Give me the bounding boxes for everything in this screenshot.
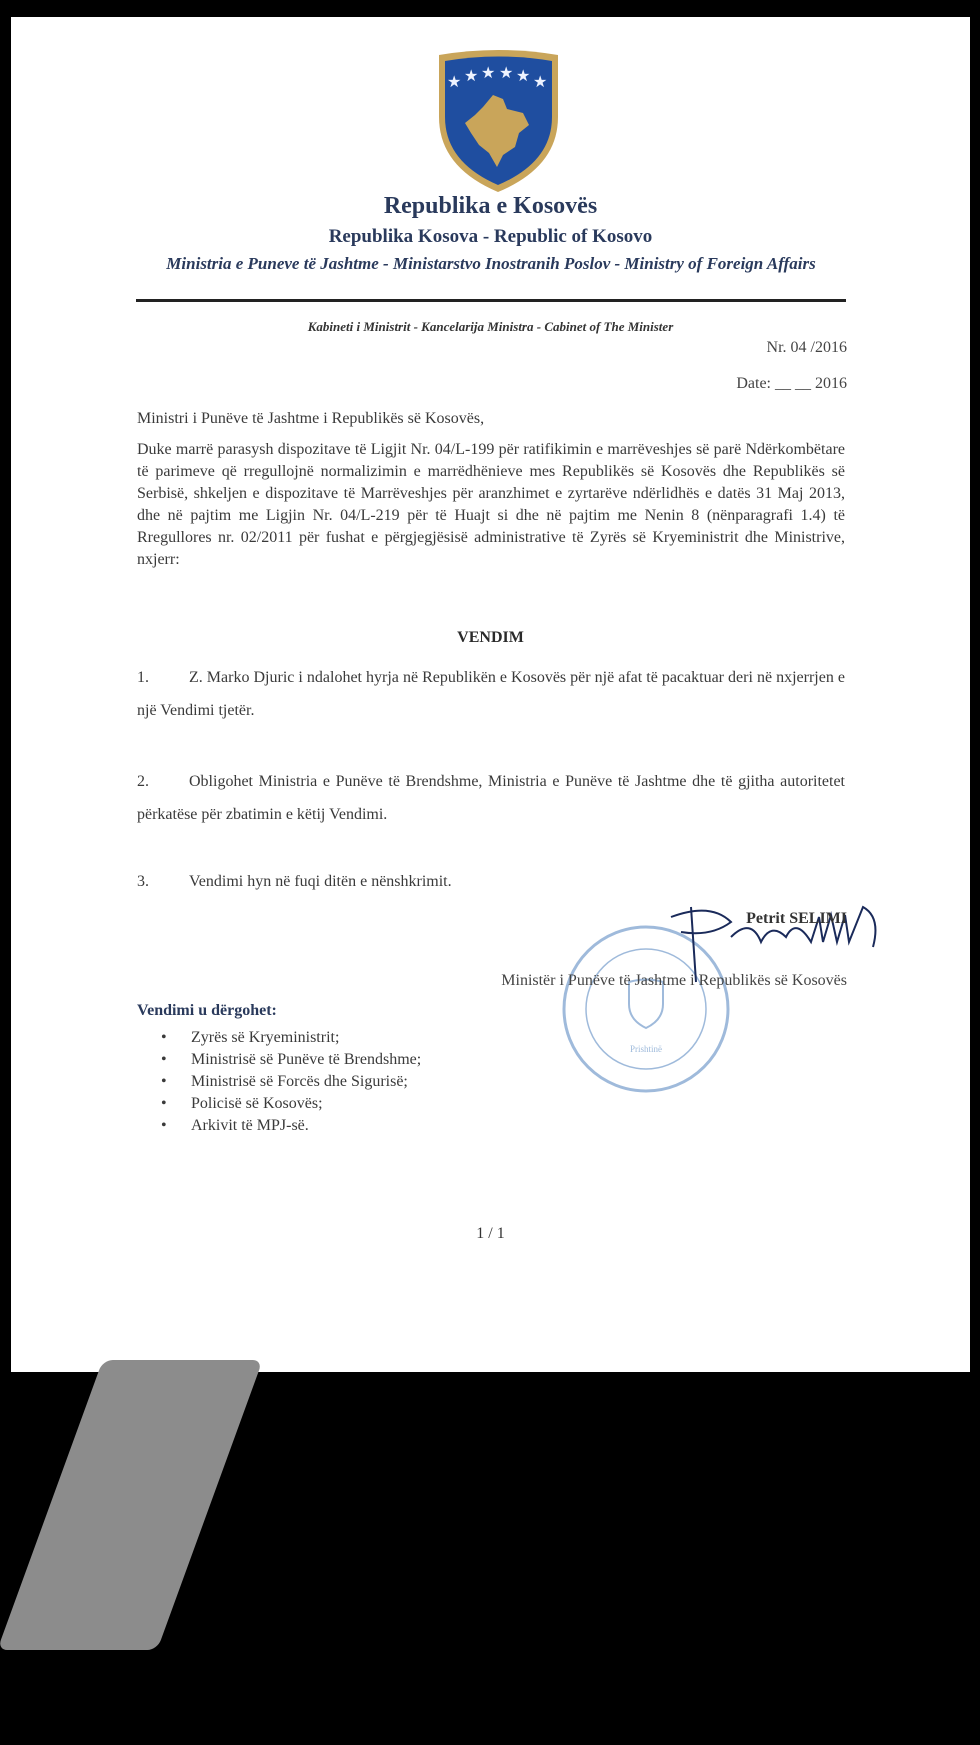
- distribution-list: •Zyrës së Kryeministrit; •Ministrisë së …: [161, 1027, 421, 1137]
- signatory-title: Ministër i Punëve të Jashtme i Republikë…: [501, 972, 847, 990]
- ministry-name: Ministria e Puneve të Jashtme - Ministar…: [131, 253, 851, 275]
- republic-subtitle: Republika Kosova - Republic of Kosovo: [11, 226, 970, 248]
- svg-text:Prishtinë: Prishtinë: [630, 1044, 662, 1054]
- page-number: 1 / 1: [11, 1225, 970, 1243]
- item-text: Vendimi hyn në fuqi ditën e nënshkrimit.: [189, 873, 452, 890]
- item-number: 3.: [137, 865, 189, 898]
- svg-text:★: ★: [533, 74, 547, 91]
- list-item: •Zyrës së Kryeministrit;: [161, 1027, 421, 1049]
- svg-text:★: ★: [464, 68, 478, 85]
- item-text: Obligohet Ministria e Punëve të Brendshm…: [137, 773, 845, 823]
- document-date: Date: __ __ 2016: [736, 375, 847, 393]
- decision-item: 1.Z. Marko Djuric i ndalohet hyrja në Re…: [137, 661, 845, 727]
- decision-title: VENDIM: [11, 629, 970, 647]
- document-number: Nr. 04 /2016: [767, 339, 847, 357]
- svg-text:★: ★: [481, 65, 495, 82]
- svg-text:★: ★: [499, 65, 513, 82]
- item-text: Z. Marko Djuric i ndalohet hyrja në Repu…: [137, 669, 845, 719]
- republic-title: Republika e Kosovës: [11, 193, 970, 220]
- salutation: Ministri i Punëve të Jashtme i Republikë…: [137, 408, 845, 430]
- document-page: ★★ ★★ ★★ Republika e Kosovës Republika K…: [11, 17, 970, 1372]
- decision-item: 3.Vendimi hyn në fuqi ditën e nënshkrimi…: [137, 865, 845, 898]
- bullet-icon: •: [161, 1049, 191, 1071]
- bullet-icon: •: [161, 1027, 191, 1049]
- list-item: •Arkivit të MPJ-së.: [161, 1115, 421, 1137]
- bullet-icon: •: [161, 1115, 191, 1137]
- header-divider: [136, 299, 846, 302]
- item-number: 2.: [137, 765, 189, 798]
- signatory-name: Petrit SELIMI: [746, 910, 847, 928]
- list-item: •Policisë së Kosovës;: [161, 1093, 421, 1115]
- svg-text:★: ★: [447, 74, 461, 91]
- svg-text:★: ★: [516, 68, 530, 85]
- watermark-badge: [0, 1360, 263, 1650]
- list-item: •Ministrisë së Forcës dhe Sigurisë;: [161, 1071, 421, 1093]
- bullet-icon: •: [161, 1071, 191, 1093]
- preamble: Duke marrë parasysh dispozitave të Ligji…: [137, 439, 845, 571]
- decision-item: 2.Obligohet Ministria e Punëve të Brends…: [137, 765, 845, 831]
- cabinet-line: Kabineti i Ministrit - Kancelarija Minis…: [11, 319, 970, 335]
- distribution-title: Vendimi u dërgohet:: [137, 1002, 277, 1020]
- item-number: 1.: [137, 661, 189, 694]
- bullet-icon: •: [161, 1093, 191, 1115]
- list-item: •Ministrisë së Punëve të Brendshme;: [161, 1049, 421, 1071]
- kosovo-coat-of-arms-icon: ★★ ★★ ★★: [431, 47, 566, 197]
